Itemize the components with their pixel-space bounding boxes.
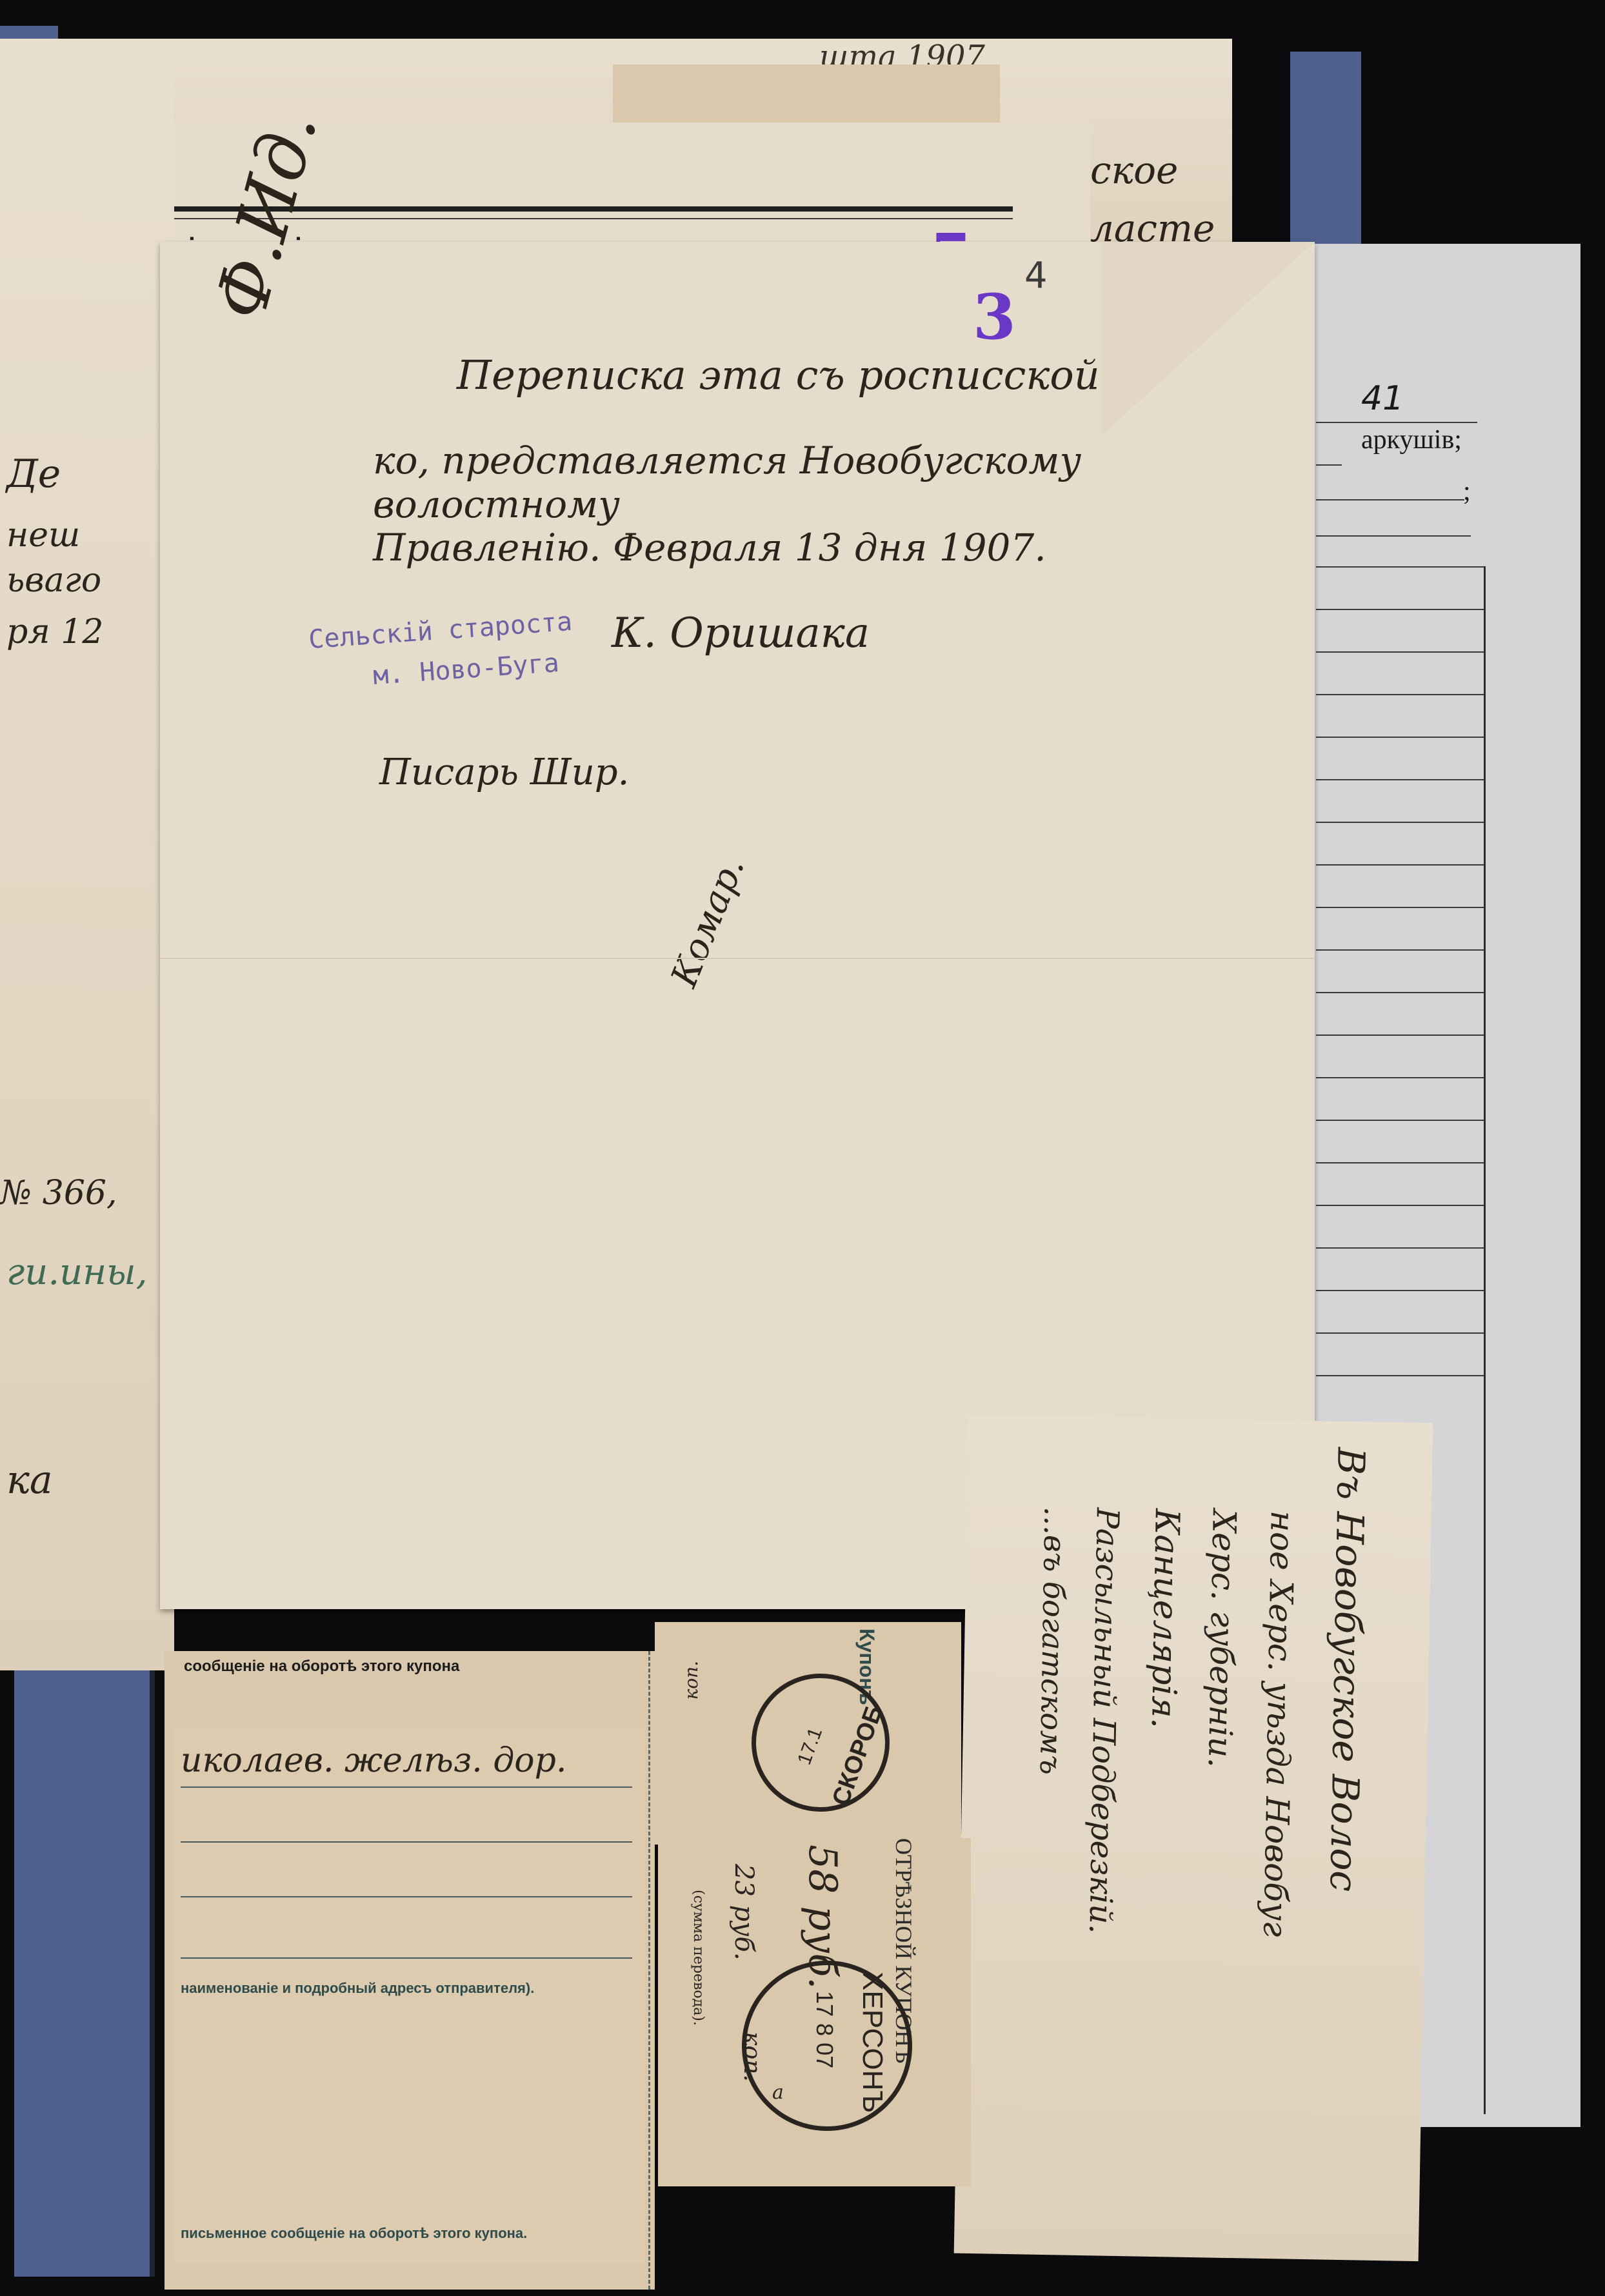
coupon-line-3 [181, 1896, 632, 1897]
coupon-inner-card: иколаев. желѣз. дор. наименованіе и подр… [174, 1728, 645, 2264]
sheets-label: аркушів; [1361, 424, 1462, 455]
folded-corner [1102, 242, 1315, 435]
count-underline [1316, 422, 1477, 423]
elder-signature: К. Оришака [612, 609, 870, 657]
letter-line-3: Херс. губерніи. [1201, 1509, 1243, 1768]
left-fragment-3: ьваго [6, 561, 101, 600]
ruled-row-line [1316, 737, 1484, 738]
ruled-row-line [1316, 1375, 1484, 1376]
ruled-row-line [1316, 1332, 1484, 1334]
postmark-skorob: СКОРОБ 17.1 [732, 1654, 909, 1831]
ruled-row-line [1316, 949, 1484, 951]
postmark-kherson: ХЕРСОНЪ 17 8 07 а [742, 1961, 912, 2131]
ruled-row-line [1316, 1034, 1484, 1036]
left-fragment-green: ги.ины, [6, 1251, 148, 1293]
title-line-1: Переписка эта съ росписской [457, 351, 1100, 399]
ruled-row-line [1316, 1205, 1484, 1206]
postmark-kherson-city: ХЕРСОНЪ [856, 1972, 888, 2113]
letter-line-2: ное Херс. уѣзда Новобуг [1256, 1510, 1301, 1937]
money-order-coupon-left: сообщеніе на оборотѣ этого купона иколае… [164, 1651, 655, 2290]
ruled-row-line [1316, 1290, 1484, 1291]
vertical-signature: Комар. [663, 851, 753, 993]
folder-cover-bottom-left [14, 1638, 155, 2277]
letter-line-4: Канцелярія. [1144, 1509, 1186, 1729]
postmark-skorob-date: 17.1 [793, 1725, 827, 1767]
right-letter: Въ Новобугское Волос ное Херс. уѣзда Нов… [954, 1415, 1433, 2261]
left-fragment-bottom: ка [6, 1458, 53, 1503]
ruled-row-line [1316, 1247, 1484, 1249]
fold-crease [160, 958, 1315, 959]
coupon-line-2 [181, 1841, 632, 1843]
elder-stamp-line-1: Сельскій староста [308, 607, 573, 655]
left-fragment-1: Де [6, 451, 61, 497]
ruled-row-line [1316, 822, 1484, 823]
folio-number-violet: 3 [973, 281, 1016, 353]
coupon-line-4 [181, 1957, 632, 1959]
ruled-row-line [1316, 566, 1484, 568]
sheet-count: 41 [1361, 379, 1404, 418]
ruled-row-line [1316, 1162, 1484, 1163]
title-line-3: Правленію. Февраля 13 дня 1907. [373, 526, 1046, 569]
ruled-row-line [1316, 651, 1484, 653]
right-fragment-1: ское [1090, 148, 1178, 192]
clerk-signature: Писарь Шир. [379, 751, 629, 793]
cover-letter: 3 4 Ф.Ид. Переписка эта съ росписской ко… [160, 242, 1315, 1609]
folio-number-pencil: 4 [1024, 255, 1048, 297]
ruled-row-line [1316, 1120, 1484, 1121]
coupon-line-1 [181, 1786, 632, 1788]
folder-cover-top-right [1290, 52, 1361, 245]
money-order-coupon-middle-top: коп. Купонъ СКОРОБ 17.1 [655, 1622, 961, 1845]
left-fragment-4: ря 12 [6, 613, 103, 651]
blank-line-1 [1316, 464, 1342, 466]
semicolon: ; [1463, 476, 1471, 507]
ruled-row-line [1316, 992, 1484, 993]
coupon-rub-label: 23 руб. [729, 1864, 759, 1961]
coupon-footer-text: письменное сообщеніе на оборотѣ этого ку… [181, 2225, 527, 2242]
left-fragment-2: неш [6, 516, 80, 555]
postmark-skorob-text: СКОРОБ [827, 1702, 889, 1810]
money-order-coupon-middle-bottom: ОТРѢЗНОЙ КУПОНЪ 58 руб. 23 руб. коп. (су… [658, 1838, 971, 2186]
postmark-kherson-date: 17 8 07 [811, 1991, 838, 2068]
ruled-row-line [1316, 864, 1484, 866]
coupon-header-text: сообщеніе на оборотѣ этого купона [184, 1658, 459, 1676]
letter-line-5: Разсыльный Подберезкій. [1082, 1507, 1126, 1934]
blank-line-3 [1316, 535, 1471, 537]
coupon-caption: (сумма перевода). [690, 1890, 706, 2026]
ruled-row-line [1316, 779, 1484, 780]
coupon-address-caption: наименованіе и подробный адресъ отправит… [181, 1980, 534, 1997]
coupon-handwritten-line: иколаев. желѣз. дор. [181, 1741, 566, 1780]
elder-stamp-line-2: м. Ново-Буга [372, 648, 560, 691]
title-line-2: ко, представляется Новобугскому волостно… [373, 439, 1315, 526]
ruled-row-line [1316, 694, 1484, 695]
ruled-row-line [1316, 609, 1484, 610]
letter-line-6: ...въ богатскомъ [1033, 1507, 1073, 1776]
left-underlying-sheet: Де неш ьваго ря 12 № 366, ги.ины, ка [0, 39, 174, 1670]
letter-line-1: Въ Новобугское Волос [1322, 1447, 1373, 1892]
postmark-kherson-letter: а [772, 2081, 784, 2104]
left-fragment-number: № 366, [0, 1174, 117, 1212]
ruled-row-line [1316, 907, 1484, 908]
coupon-kop-label: коп. [681, 1661, 702, 1700]
blank-line-2 [1316, 499, 1464, 500]
ruled-row-line [1316, 1077, 1484, 1078]
